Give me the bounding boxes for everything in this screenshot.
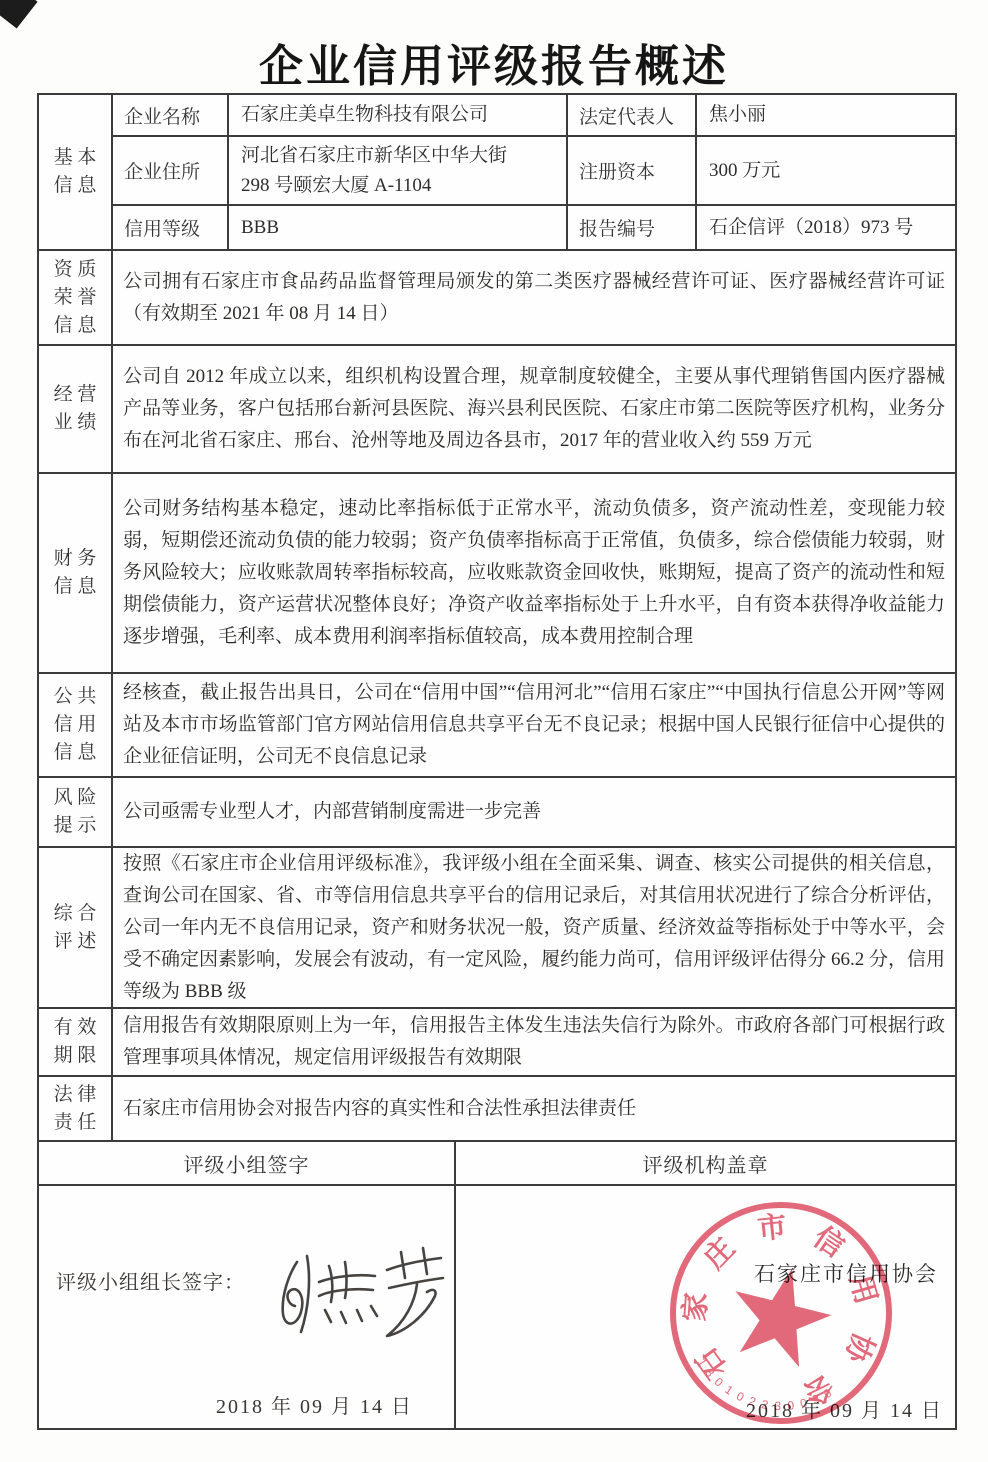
section-text: 按照《石家庄市企业信用评级标准》，我评级小组在全面采集、调查、核实公司提供的相关… [123, 848, 945, 1008]
section-label-line: 责 任 [54, 1109, 97, 1137]
signature-body-row: 评级小组组长签字： 2018 年 09 月 14 日 石家庄 [39, 1186, 957, 1430]
section-label-line: 期 限 [54, 1042, 97, 1070]
section-content-summary: 按照《石家庄市企业信用评级标准》，我评级小组在全面采集、调查、核实公司提供的相关… [113, 848, 957, 1009]
field-value-registered-capital: 300 万元 [697, 137, 957, 206]
page-title: 企业信用评级报告概述 [0, 30, 988, 94]
section-content-legal: 石家庄市信用协会对报告内容的真实性和合法性承担法律责任 [113, 1077, 957, 1142]
field-value-report-number: 石企信评（2018）973 号 [697, 206, 957, 251]
section-label-line: 基 本 [54, 144, 97, 172]
signature-header-row: 评级小组签字 评级机构盖章 [39, 1142, 957, 1186]
section-content-qualification: 公司拥有石家庄市食品药品监督管理局颁发的第二类医疗器械经营许可证、医疗器械经营许… [113, 251, 957, 346]
stamp-star-icon [721, 1256, 840, 1371]
signature-header-agency: 评级机构盖章 [456, 1142, 957, 1186]
field-label-company-name: 企业名称 [113, 95, 229, 137]
section-content-business: 公司自 2012 年成立以来，组织机构设置合理，规章制度较健全，主要从事代理销售… [113, 346, 957, 474]
section-label-validity: 有 效 期 限 [39, 1009, 113, 1077]
agency-official-stamp: 石家庄市信用协会130102230030 [656, 1188, 906, 1438]
section-text: 公司自 2012 年成立以来，组织机构设置合理，规章制度较健全，主要从事代理销售… [123, 361, 945, 457]
section-label-line: 信 息 [54, 312, 97, 340]
field-value-legal-rep: 焦小丽 [697, 95, 957, 137]
section-label-line: 资 质 [54, 256, 97, 284]
section-label-qualification: 资 质 荣 誉 信 息 [39, 251, 113, 346]
section-label-summary: 综 合 评 述 [39, 848, 113, 1009]
section-label-finance: 财 务 信 息 [39, 474, 113, 674]
section-label-line: 财 务 [54, 545, 97, 573]
section-label-basic-info: 基 本 信 息 [39, 95, 113, 251]
svg-text:家: 家 [678, 1291, 713, 1322]
section-label-line: 法 律 [54, 1081, 97, 1109]
signature-cell-agency: 石家庄市信用协会 2018 年 09 月 14 日 石家庄市信用协会130102… [456, 1186, 957, 1430]
section-text: 公司财务结构基本稳定，速动比率指标低于正常水平，流动负债多，资产流动性差，变现能… [123, 493, 945, 653]
svg-text:2: 2 [760, 1397, 769, 1412]
section-label-business: 经 营 业 绩 [39, 346, 113, 474]
svg-text:3: 3 [774, 1399, 781, 1413]
section-label-line: 信 息 [54, 172, 97, 200]
section-row-summary: 综 合 评 述 按照《石家庄市企业信用评级标准》，我评级小组在全面采集、调查、核… [39, 848, 957, 1009]
section-label-legal: 法 律 责 任 [39, 1077, 113, 1142]
section-text: 公司拥有石家庄市食品药品监督管理局颁发的第二类医疗器械经营许可证、医疗器械经营许… [123, 266, 945, 330]
section-label-line: 评 述 [54, 928, 97, 956]
section-label-line: 有 效 [54, 1014, 97, 1042]
section-label-line: 荣 誉 [54, 284, 97, 312]
signature-header-team: 评级小组签字 [39, 1142, 456, 1186]
section-label-line: 提 示 [54, 812, 97, 840]
section-row-public-credit: 公 共 信 用 信 息 经核查，截止报告出具日，公司在“信用中国”“信用河北”“… [39, 674, 957, 778]
svg-text:1: 1 [722, 1382, 736, 1398]
section-content-validity: 信用报告有效期限原则上为一年，信用报告主体发生违法失信行为除外。市政府各部门可根… [113, 1009, 957, 1077]
section-label-line: 业 绩 [54, 409, 97, 437]
section-content-risk: 公司亟需专业型人才，内部营销制度需进一步完善 [113, 778, 957, 848]
svg-text:市: 市 [756, 1210, 788, 1246]
section-row-risk: 风 险 提 示 公司亟需专业型人才，内部营销制度需进一步完善 [39, 778, 957, 848]
leader-signature-handwriting [267, 1244, 447, 1354]
field-value-company-name: 石家庄美卓生物科技有限公司 [229, 95, 568, 137]
svg-text:用: 用 [843, 1271, 883, 1308]
section-row-finance: 财 务 信 息 公司财务结构基本稳定，速动比率指标低于正常水平，流动负债多，资产… [39, 474, 957, 674]
section-label-public-credit: 公 共 信 用 信 息 [39, 674, 113, 778]
leader-signature-label: 评级小组组长签字： [56, 1266, 245, 1295]
section-text: 公司亟需专业型人才，内部营销制度需进一步完善 [123, 796, 945, 828]
field-label-legal-rep: 法定代表人 [568, 95, 697, 137]
section-label-line: 公 共 [54, 683, 97, 711]
signature-cell-team: 评级小组组长签字： 2018 年 09 月 14 日 [39, 1186, 456, 1430]
section-row-qualification: 资 质 荣 誉 信 息 公司拥有石家庄市食品药品监督管理局颁发的第二类医疗器械经… [39, 251, 957, 346]
section-label-line: 综 合 [54, 900, 97, 928]
section-label-line: 经 营 [54, 381, 97, 409]
basic-info-grid: 基 本 信 息 企业名称 石家庄美卓生物科技有限公司 法定代表人 焦小丽 企业住… [39, 95, 957, 251]
section-row-legal: 法 律 责 任 石家庄市信用协会对报告内容的真实性和合法性承担法律责任 [39, 1077, 957, 1142]
field-value-credit-grade: BBB [229, 206, 568, 251]
section-label-line: 信 息 [54, 573, 97, 601]
field-label-credit-grade: 信用等级 [113, 206, 229, 251]
stamp-rotated-group: 石家庄市信用协会130102230030 [656, 1188, 906, 1438]
section-row-business: 经 营 业 绩 公司自 2012 年成立以来，组织机构设置合理，规章制度较健全，… [39, 346, 957, 474]
svg-text:0: 0 [787, 1398, 795, 1413]
section-content-finance: 公司财务结构基本稳定，速动比率指标低于正常水平，流动负债多，资产流动性差，变现能… [113, 474, 957, 674]
field-label-report-number: 报告编号 [568, 206, 697, 251]
field-value-address: 河北省石家庄市新华区中华大街 298 号颐宏大厦 A-1104 [229, 137, 568, 206]
svg-text:0: 0 [734, 1389, 746, 1405]
section-label-line: 信 用 [54, 711, 97, 739]
section-content-public-credit: 经核查，截止报告出具日，公司在“信用中国”“信用河北”“信用石家庄”“中国执行信… [113, 674, 957, 778]
section-text: 经核查，截止报告出具日，公司在“信用中国”“信用河北”“信用石家庄”“中国执行信… [123, 677, 945, 773]
report-page: 企业信用评级报告概述 基 本 信 息 企业名称 石家庄美卓生物科技有限公司 法定… [0, 0, 988, 1462]
field-label-registered-capital: 注册资本 [568, 137, 697, 206]
section-text: 信用报告有效期限原则上为一年，信用报告主体发生违法失信行为除外。市政府各部门可根… [123, 1010, 945, 1074]
team-signature-date: 2018 年 09 月 14 日 [216, 1390, 413, 1419]
section-label-line: 风 险 [54, 784, 97, 812]
report-table: 基 本 信 息 企业名称 石家庄美卓生物科技有限公司 法定代表人 焦小丽 企业住… [37, 93, 957, 1430]
section-row-validity: 有 效 期 限 信用报告有效期限原则上为一年，信用报告主体发生违法失信行为除外。… [39, 1009, 957, 1077]
section-label-risk: 风 险 提 示 [39, 778, 113, 848]
section-text: 石家庄市信用协会对报告内容的真实性和合法性承担法律责任 [123, 1093, 945, 1125]
scan-artifact [0, 0, 38, 29]
svg-text:2: 2 [747, 1394, 758, 1409]
field-label-address: 企业住所 [113, 137, 229, 206]
section-label-line: 信 息 [54, 739, 97, 767]
